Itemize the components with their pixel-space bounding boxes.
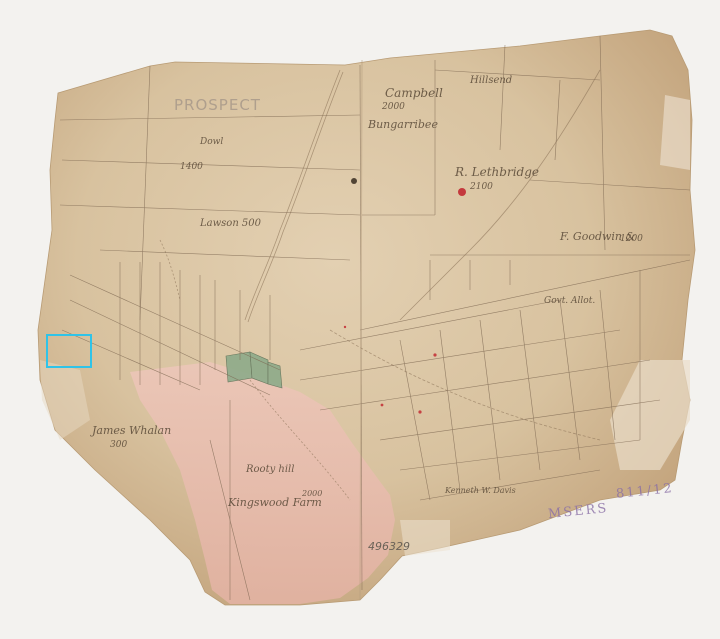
catalogue-number: 496329 bbox=[368, 540, 410, 553]
label-campbell-acres: 2000 bbox=[382, 102, 405, 112]
label-rooty-hill: Rooty hill bbox=[246, 464, 294, 475]
label-campbell: Campbell bbox=[385, 86, 443, 100]
label-bungarribee: Bungarribee bbox=[368, 118, 438, 131]
red-dot-mark bbox=[381, 404, 384, 407]
label-r-lethbridge: R. Lethbridge bbox=[455, 165, 539, 179]
label-james-whalan: James Whalan bbox=[92, 424, 171, 437]
red-seal-mark bbox=[458, 188, 466, 196]
red-dot-mark bbox=[418, 410, 421, 413]
label-tract-names: Kenneth W. Davis bbox=[445, 486, 516, 495]
red-dot-mark bbox=[344, 326, 346, 328]
map-viewer[interactable]: PROSPECT Campbell 2000 Bungarribee Hills… bbox=[0, 0, 720, 639]
red-dot-mark bbox=[433, 353, 436, 356]
label-goodwin-acres: 1200 bbox=[620, 234, 643, 244]
label-lethbridge-acres: 2100 bbox=[470, 182, 493, 192]
label-govt-allotment: Govt. Allot. bbox=[544, 296, 595, 306]
label-dowl: Dowl bbox=[200, 137, 223, 147]
label-lawson: Lawson 500 bbox=[200, 218, 261, 229]
prospect-label: PROSPECT bbox=[174, 96, 261, 114]
ink-blot bbox=[351, 178, 357, 184]
selection-highlight-box[interactable] bbox=[46, 334, 92, 368]
label-ballgrove-acres: 1400 bbox=[180, 162, 203, 172]
label-whalan-acres: 300 bbox=[110, 440, 127, 450]
label-hillsend: Hillsend bbox=[470, 75, 512, 86]
historical-survey-map bbox=[0, 0, 720, 639]
label-farm-acres: 2000 bbox=[302, 489, 322, 498]
stain-top-right bbox=[660, 95, 690, 170]
